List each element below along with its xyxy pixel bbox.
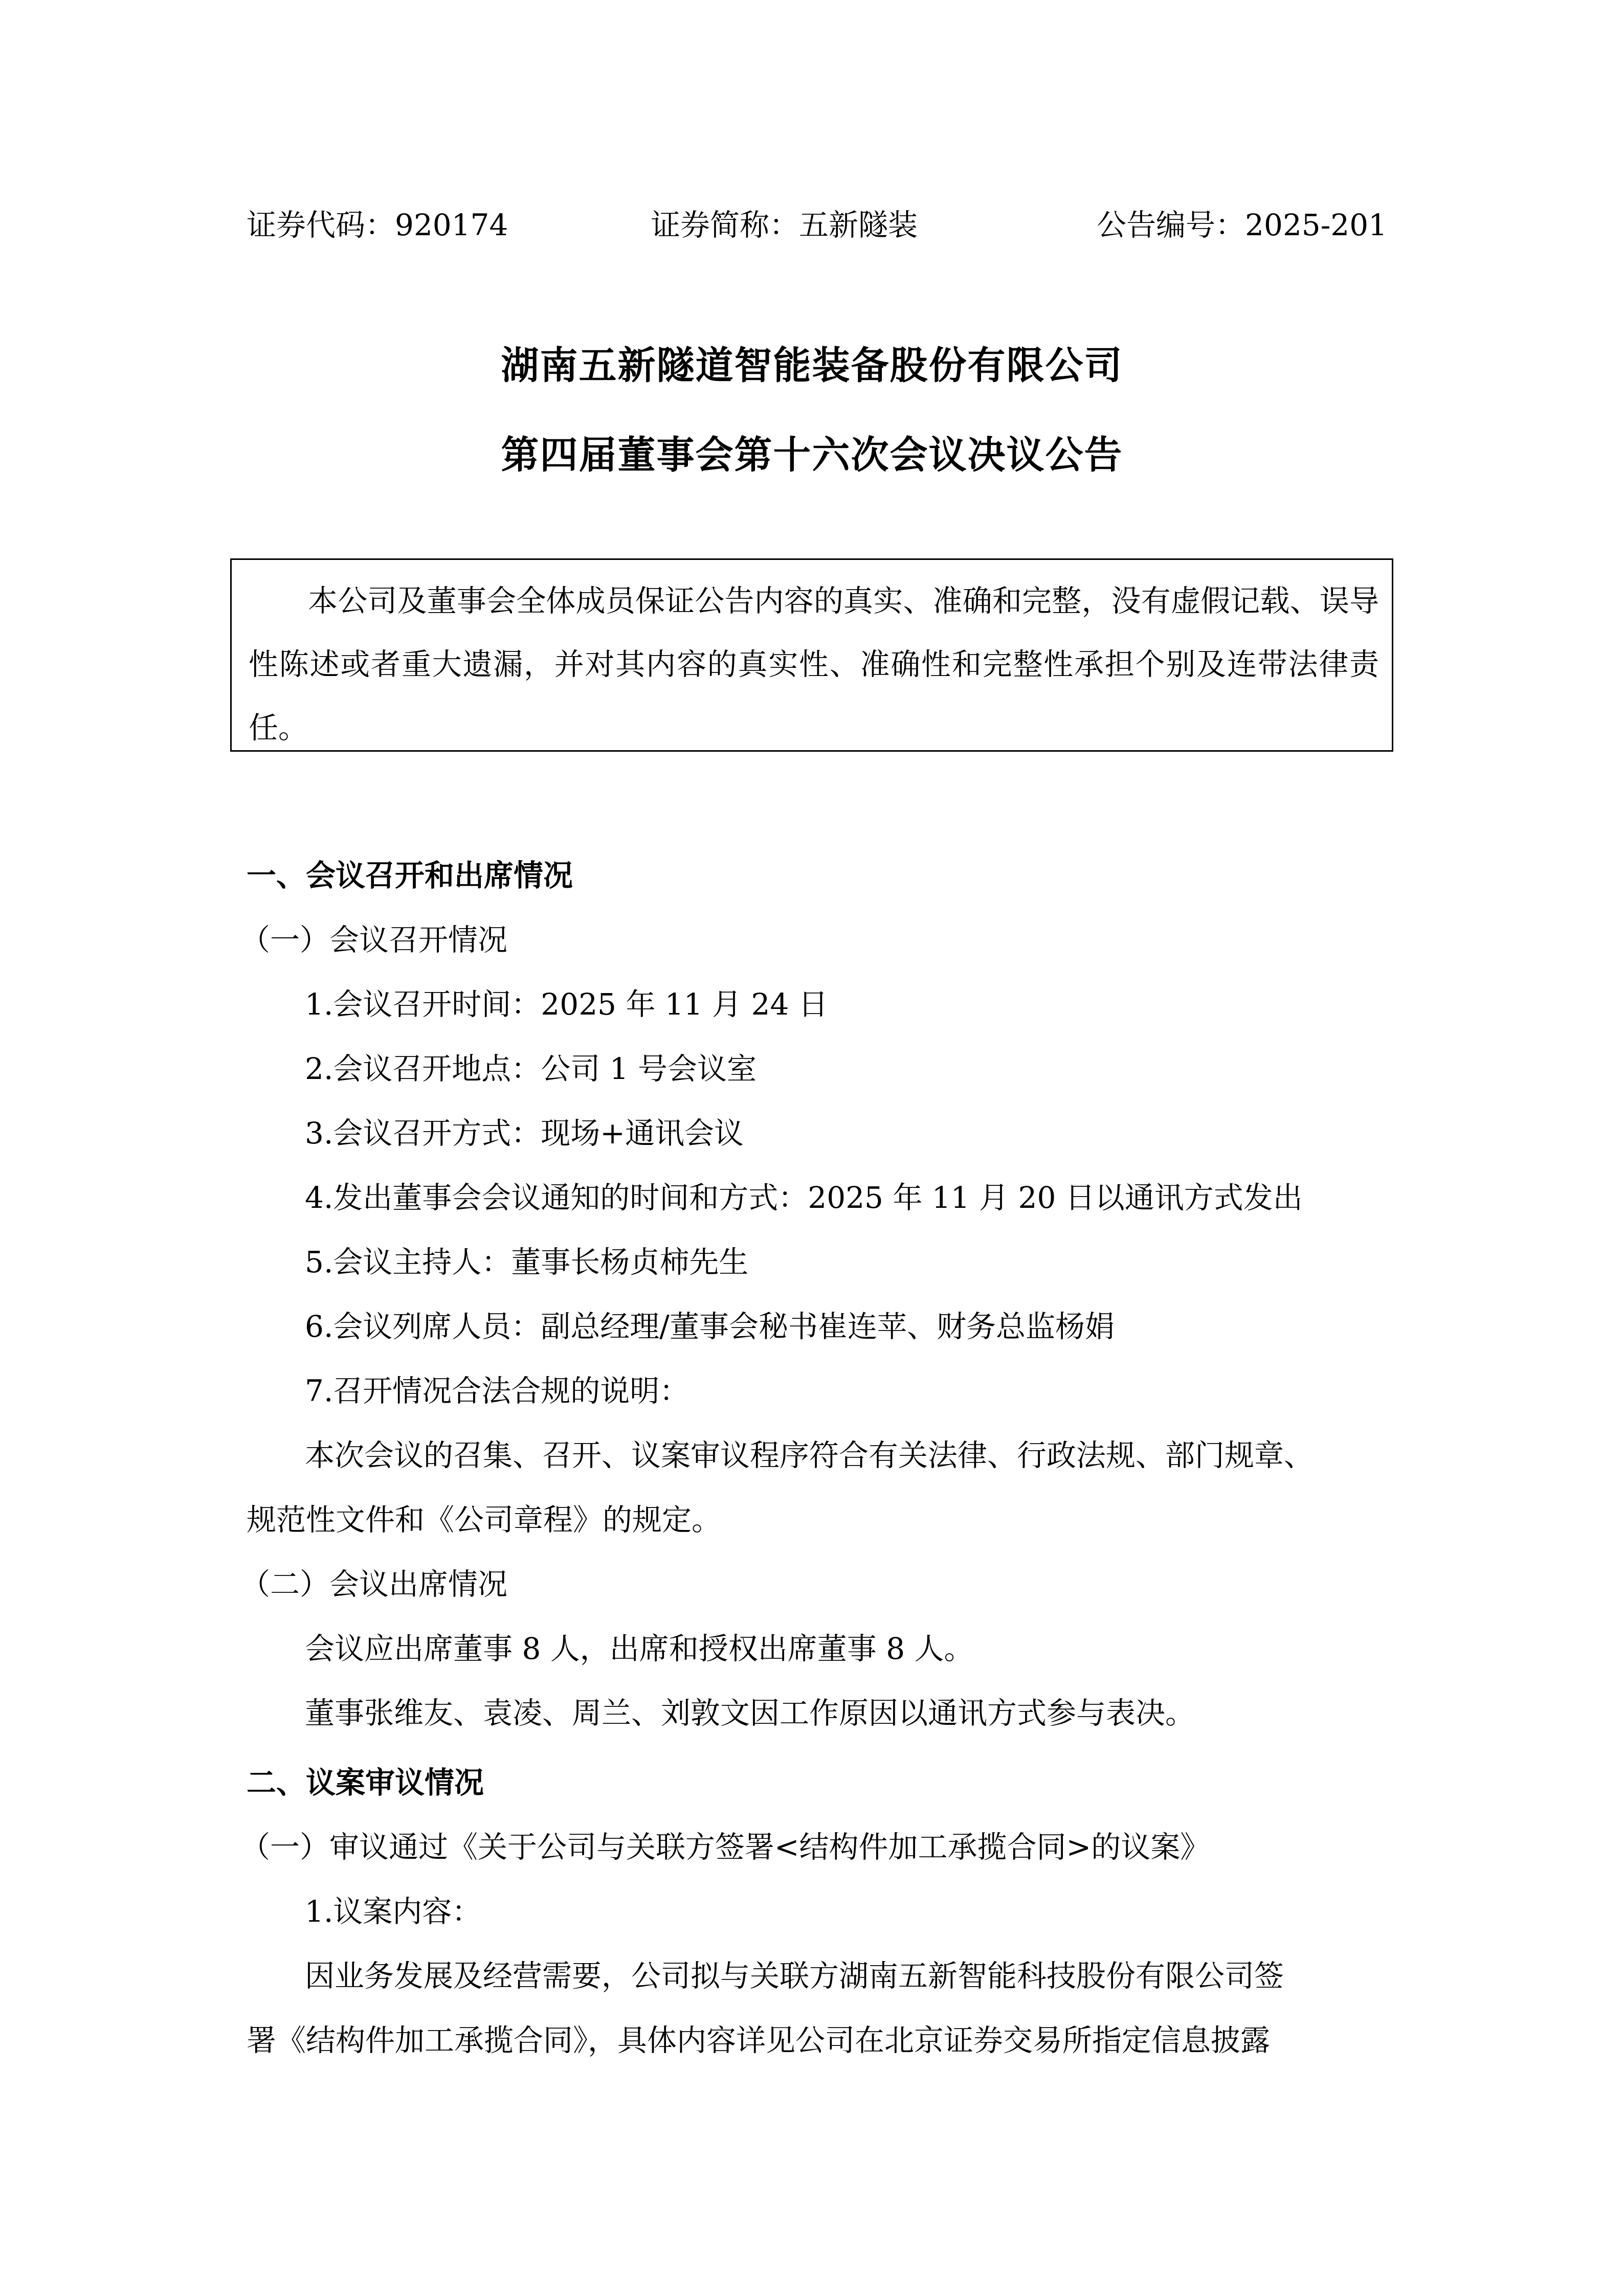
proposal-content-line-2: 署《结构件加工承揽合同》，具体内容详见公司在北京证券交易所指定信息披露 — [247, 2020, 1270, 2061]
compliance-text-line-1: 本次会议的召集、召开、议案审议程序符合有关法律、行政法规、部门规章、 — [305, 1435, 1314, 1476]
list-item-meeting-time: 1.会议召开时间：2025 年 11 月 24 日 — [305, 984, 828, 1025]
list-item-meeting-method: 3.会议召开方式：现场+通讯会议 — [305, 1113, 744, 1154]
subsection-heading-1-1: （一）会议召开情况 — [240, 919, 507, 960]
proposal-heading-1: （一）审议通过《关于公司与关联方签署<结构件加工承揽合同>的议案》 — [240, 1827, 1210, 1867]
disclaimer-box: 本公司及董事会全体成员保证公告内容的真实、准确和完整，没有虚假记载、误导性陈述或… — [230, 558, 1393, 752]
compliance-text-line-2: 规范性文件和《公司章程》的规定。 — [247, 1499, 721, 1540]
list-item-notice-time: 4.发出董事会会议通知的时间和方式：2025 年 11 月 20 日以通讯方式发… — [305, 1177, 1303, 1218]
list-item-attendees: 6.会议列席人员：副总经理/董事会秘书崔连苹、财务总监杨娟 — [305, 1306, 1115, 1347]
list-item-host: 5.会议主持人：董事长杨贞柿先生 — [305, 1242, 748, 1282]
announcement-title: 第四届董事会第十六次会议决议公告 — [0, 430, 1624, 481]
section-heading-1: 一、会议召开和出席情况 — [247, 855, 573, 896]
announcement-number: 公告编号：2025-201 — [1097, 205, 1387, 245]
company-title: 湖南五新隧道智能装备股份有限公司 — [0, 340, 1624, 391]
proposal-content-line-1: 因业务发展及经营需要，公司拟与关联方湖南五新智能科技股份有限公司签 — [305, 1955, 1284, 1996]
security-abbreviation: 证券简称：五新隧装 — [651, 205, 918, 245]
proposal-content-label: 1.议案内容： — [305, 1891, 481, 1932]
document-page: 证券代码：920174 证券简称：五新隧装 公告编号：2025-201 湖南五新… — [0, 0, 1624, 2296]
attendance-text: 会议应出席董事 8 人，出席和授权出席董事 8 人。 — [305, 1628, 974, 1669]
security-code: 证券代码：920174 — [247, 205, 508, 245]
list-item-compliance: 7.召开情况合法合规的说明： — [305, 1370, 689, 1411]
subsection-heading-1-2: （二）会议出席情况 — [240, 1564, 507, 1605]
section-heading-2: 二、议案审议情况 — [247, 1762, 484, 1803]
disclaimer-text: 本公司及董事会全体成员保证公告内容的真实、准确和完整，没有虚假记载、误导性陈述或… — [249, 569, 1379, 759]
list-item-meeting-place: 2.会议召开地点：公司 1 号会议室 — [305, 1048, 757, 1089]
remote-voting-text: 董事张维友、袁凌、周兰、刘敦文因工作原因以通讯方式参与表决。 — [305, 1693, 1195, 1734]
document-header: 证券代码：920174 证券简称：五新隧装 公告编号：2025-201 — [247, 205, 1387, 245]
